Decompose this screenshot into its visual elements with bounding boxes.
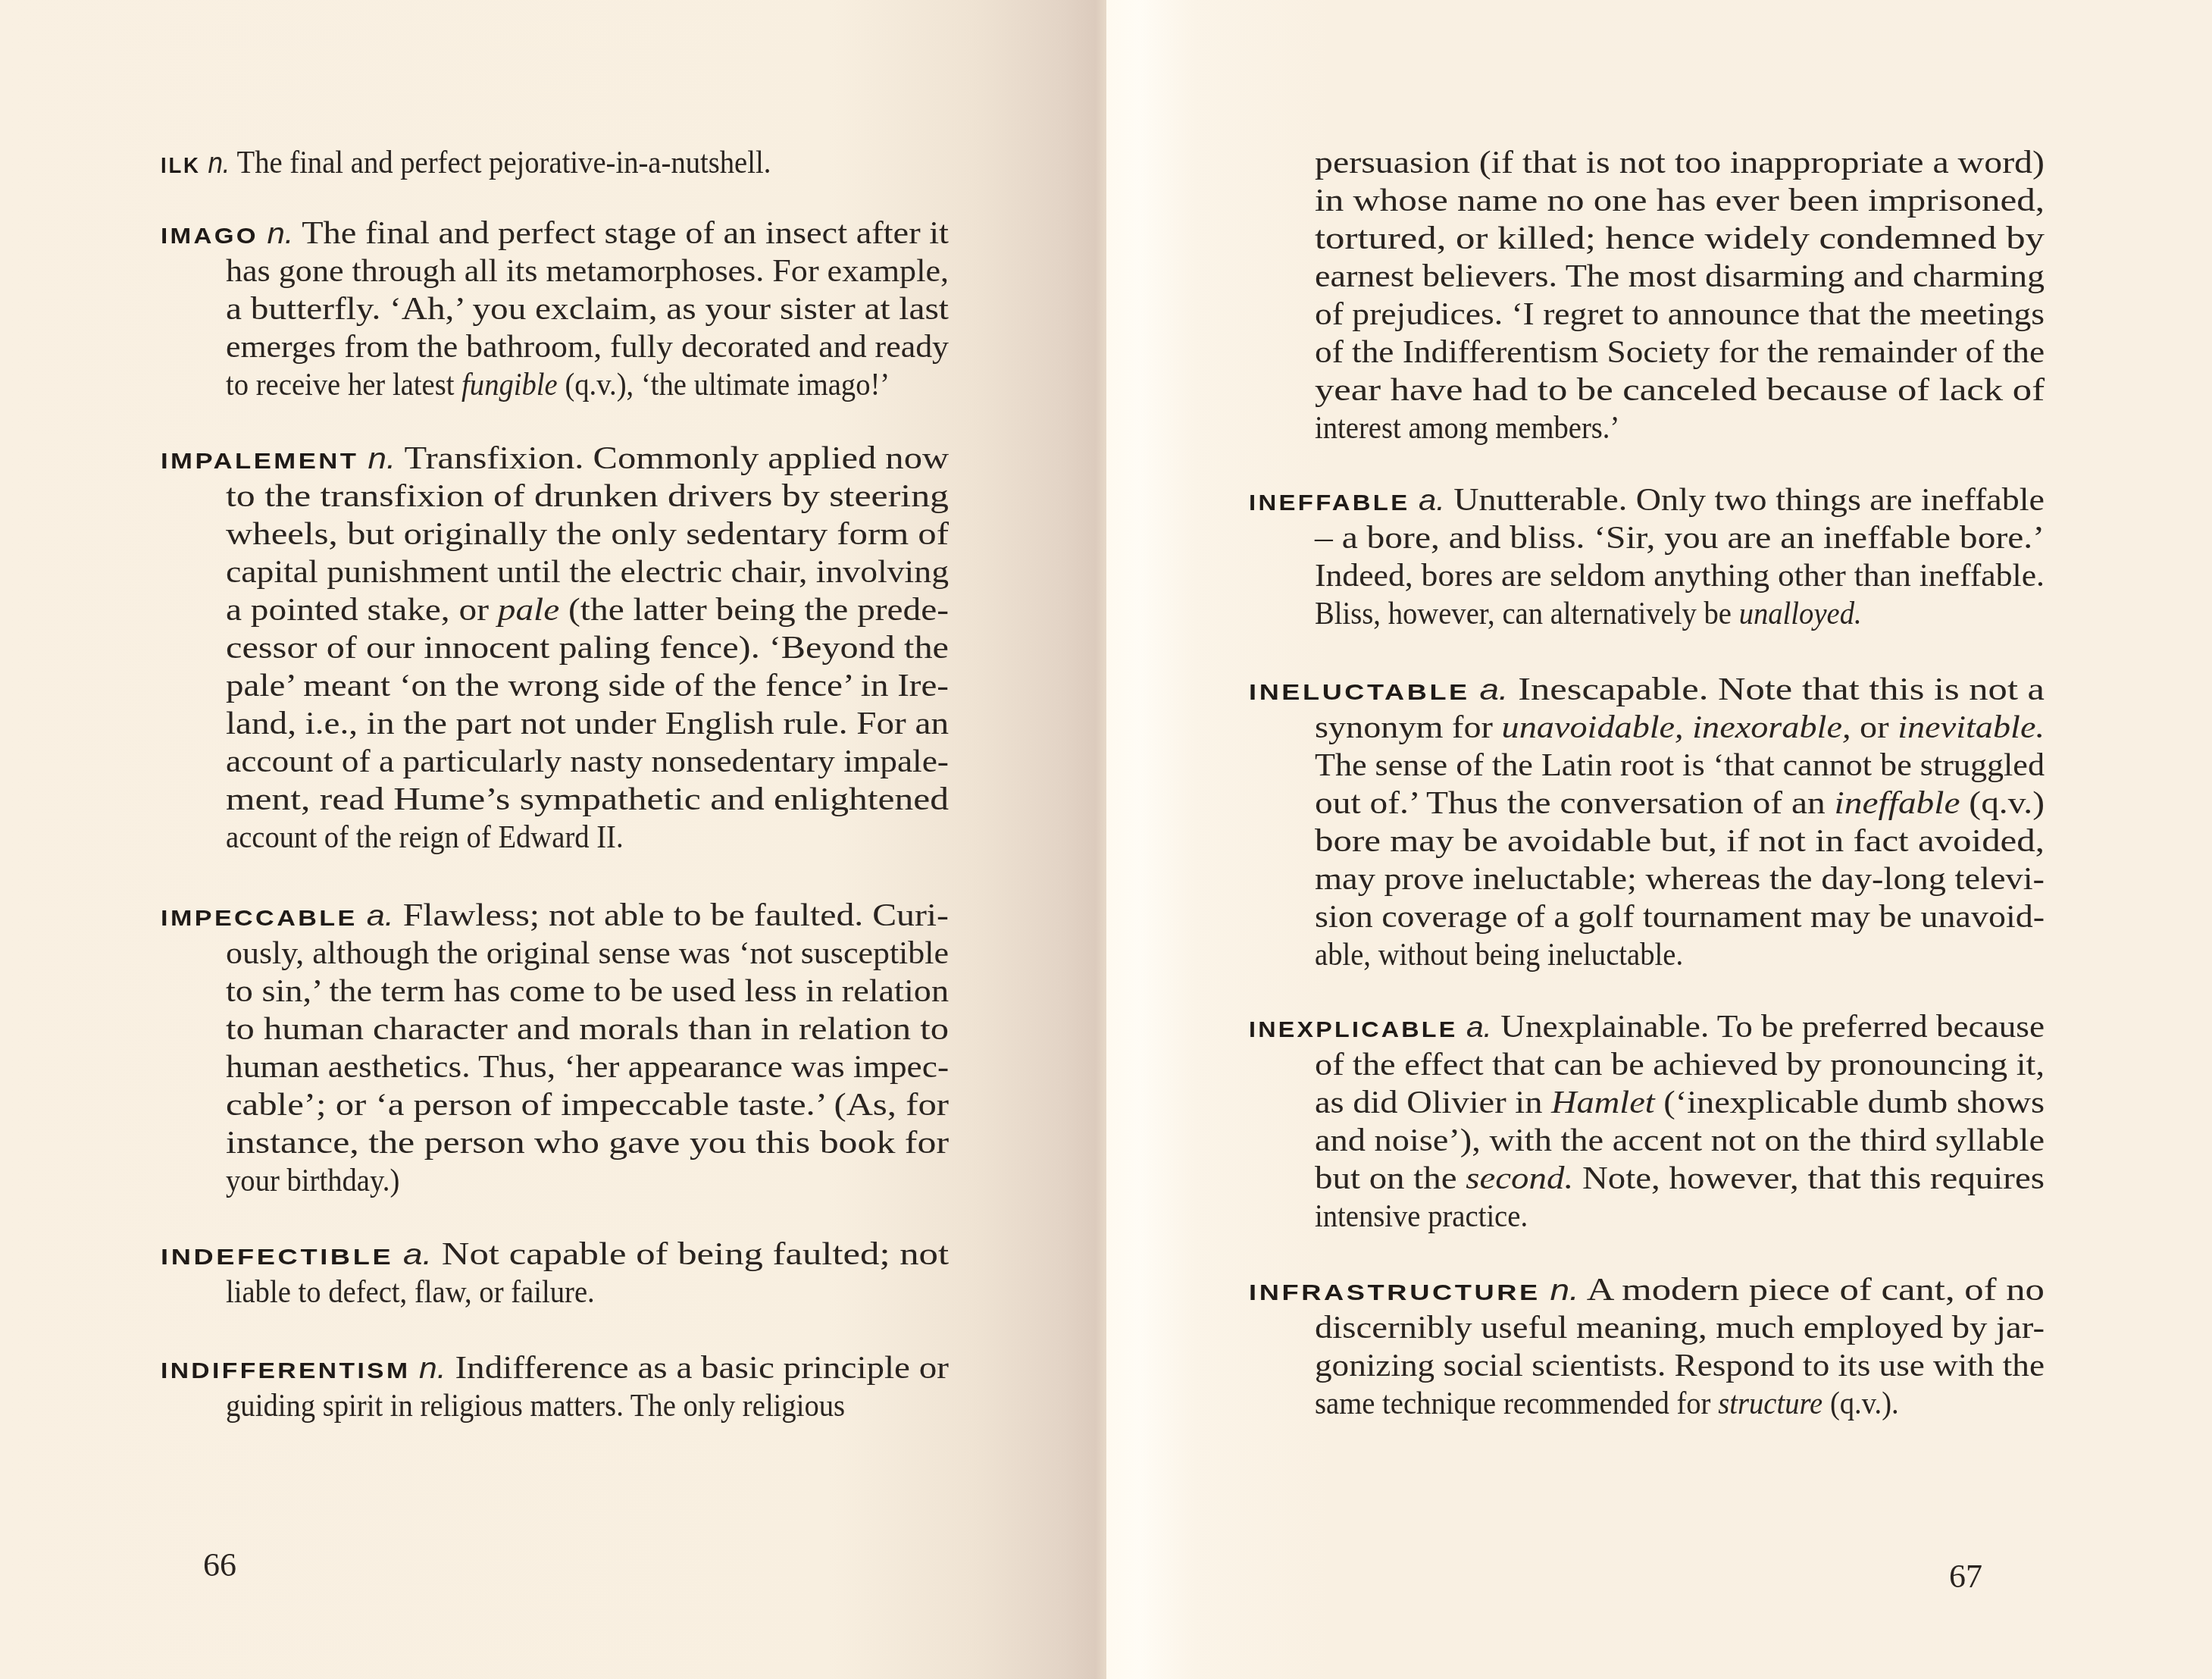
italic-term: ineffable (1835, 786, 1960, 821)
italic-term: inevitable. (1898, 710, 2045, 745)
body-text: discernibly useful meaning, much employe… (1315, 1311, 2045, 1345)
entry-line: ously, although the original sense was ‘… (226, 935, 917, 973)
body-text: instance, the person who gave you this b… (226, 1126, 949, 1161)
left-page: 66 ILK n. The final and perfect pejorati… (0, 0, 1106, 1679)
body-text: and noise’), with the accent not on the … (1315, 1123, 2045, 1158)
body-text: able, without being ineluctable. (1315, 938, 1683, 973)
body-text: account of a particularly nasty nonseden… (226, 744, 949, 779)
part-of-speech: n. (419, 1353, 446, 1385)
part-of-speech: a. (367, 901, 394, 932)
entry-line: synonym for unavoidable, inexorable, or … (1315, 709, 1978, 747)
part-of-speech: n. (1550, 1275, 1579, 1307)
body-text: to sin,’ the term has come to be used le… (226, 974, 949, 1009)
entry-line: ment, read Hume’s sympathetic and enligh… (226, 781, 839, 819)
entry-line: same technique recommended for structure… (1315, 1385, 1950, 1423)
body-text: Indeed, bores are seldom anything other … (1315, 559, 2045, 594)
entry-line: liable to defect, flaw, or failure. (226, 1273, 627, 1311)
body-text: guiding spirit in religious matters. The… (226, 1389, 845, 1424)
body-text: but on the (1315, 1161, 1466, 1196)
body-text: interest among members.’ (1315, 411, 1619, 446)
body-text: Unexplainable. To be preferred because (1500, 1010, 2045, 1045)
body-text: pale’ meant ‘on the wrong side of the fe… (226, 669, 949, 703)
italic-term: unavoidable, inexorable, (1502, 710, 1851, 745)
headword: INDIFFERENTISM (161, 1358, 410, 1383)
entry-line: gonizing social scientists. Respond to i… (1315, 1347, 1993, 1385)
entry-line: to sin,’ the term has come to be used le… (226, 973, 883, 1010)
part-of-speech: n. (267, 218, 293, 250)
body-text: Flawless; not able to be faulted. Curi- (403, 898, 949, 933)
part-of-speech: a. (1466, 1012, 1492, 1044)
italic-term: Hamlet (1551, 1085, 1655, 1120)
body-text: Bliss, however, can alternatively be (1315, 597, 1739, 631)
body-text: your birthday.) (226, 1164, 399, 1198)
entry-line: to the transfixion of drunken drivers by… (226, 478, 835, 515)
entry-line: intensive practice. (1315, 1198, 1547, 1236)
body-text: persuasion (if that is not too inappropr… (1315, 146, 2045, 180)
body-text: – a bore, and bliss. ‘Sir, you are an in… (1315, 521, 2045, 556)
continuation-line: year have had to be canceled because of … (1315, 371, 1920, 409)
headword: ILK (161, 153, 201, 178)
body-text: Indifference as a basic principle or (455, 1351, 949, 1386)
body-text: bore may be avoidable but, if not in fac… (1315, 824, 2045, 859)
page-number-right: 67 (1949, 1558, 1982, 1596)
entry-first-line: INDEFECTIBLE a. Not capable of being fau… (161, 1236, 813, 1273)
entry-line: human aesthetics. Thus, ‘her appearance … (226, 1048, 895, 1086)
italic-term: second. (1466, 1161, 1573, 1196)
body-text: (q.v.), ‘the ultimate imago!’ (558, 368, 890, 403)
body-text: liable to defect, flaw, or failure. (226, 1275, 595, 1310)
entry-first-line: IMAGO n. The final and perfect stage of … (161, 215, 874, 252)
body-text: synonym for (1315, 710, 1502, 745)
continuation-line: of the Indifferentism Society for the re… (1315, 334, 1991, 371)
body-text: ously, although the original sense was ‘… (226, 936, 949, 971)
entry-line: Bliss, however, can alternatively be una… (1315, 595, 1909, 633)
entry-first-line: INELUCTABLE a. Inescapable. Note that th… (1249, 671, 1910, 709)
body-text: a butterfly. ‘Ah,’ you exclaim, as your … (226, 292, 949, 327)
entry-line: emerges from the bathroom, fully decorat… (226, 328, 918, 366)
body-text: to the transfixion of drunken drivers by… (226, 479, 949, 514)
body-text: tortured, or killed; hence widely condem… (1315, 221, 2045, 256)
body-text: cessor of our innocent paling fence). ‘B… (226, 631, 949, 666)
entry-first-line: ILK n. The final and perfect pejorative-… (161, 144, 824, 182)
body-text: of the Indifferentism Society for the re… (1315, 335, 2045, 370)
entry-line: bore may be avoidable but, if not in fac… (1315, 822, 1941, 860)
body-text: cable’; or ‘a person of impeccable taste… (226, 1088, 949, 1123)
body-text: as did Olivier in (1315, 1085, 1551, 1120)
entry-line: but on the second. Note, however, that t… (1315, 1160, 1969, 1198)
body-text: gonizing social scientists. Respond to i… (1315, 1349, 2045, 1383)
body-text: has gone through all its metamorphoses. … (226, 254, 949, 289)
entry-line: sion coverage of a golf tournament may b… (1315, 898, 1981, 936)
body-text: account of the reign of Edward II. (226, 820, 624, 855)
entry-line: out of.’ Thus the conversation of an ine… (1315, 785, 1961, 822)
entry-line: of the effect that can be achieved by pr… (1315, 1046, 1977, 1084)
right-page: 67 persuasion (if that is not too inappr… (1106, 0, 2212, 1679)
entry-line: may prove ineluctable; whereas the day-l… (1315, 860, 1976, 898)
body-text: out of.’ Thus the conversation of an (1315, 786, 1835, 821)
entry-line: account of a particularly nasty nonseden… (226, 743, 894, 781)
body-text: in whose name no one has ever been impri… (1315, 183, 2045, 218)
entry-line: a pointed stake, or pale (the latter bei… (226, 591, 868, 629)
body-text: Not capable of being faulted; not (442, 1237, 949, 1272)
entry-first-line: IMPALEMENT n. Transfixion. Commonly appl… (161, 440, 843, 478)
body-text: to human character and morals than in re… (226, 1012, 949, 1047)
entry-first-line: INEFFABLE a. Unutterable. Only two thing… (1249, 481, 1974, 519)
italic-term: unalloyed. (1739, 597, 1862, 631)
entry-line: guiding spirit in religious matters. The… (226, 1387, 899, 1425)
continuation-line: of prejudices. ‘I regret to announce tha… (1315, 296, 1988, 334)
entry-line: your birthday.) (226, 1162, 415, 1200)
entry-line: pale’ meant ‘on the wrong side of the fe… (226, 667, 871, 705)
headword: INFRASTRUCTURE (1249, 1280, 1541, 1305)
book-spread: 66 ILK n. The final and perfect pejorati… (0, 0, 2212, 1679)
entry-line: a butterfly. ‘Ah,’ you exclaim, as your … (226, 290, 868, 328)
body-text: may prove ineluctable; whereas the day-l… (1315, 862, 2045, 897)
entry-first-line: IMPECCABLE a. Flawless; not able to be f… (161, 897, 853, 935)
entry-first-line: INFRASTRUCTURE n. A modern piece of cant… (1249, 1271, 1907, 1309)
body-text: Inescapable. Note that this is not a (1518, 672, 2045, 707)
body-text: The final and perfect stage of an insect… (302, 216, 949, 251)
entry-line: and noise’), with the accent not on the … (1315, 1122, 1976, 1160)
body-text: The final and perfect pejorative-in-a-nu… (237, 146, 771, 180)
entry-line: to receive her latest fungible (q.v.), ‘… (226, 366, 947, 404)
body-text: same technique recommended for (1315, 1386, 1718, 1421)
continuation-line: tortured, or killed; hence widely condem… (1315, 220, 1919, 258)
headword: IMPECCABLE (161, 906, 358, 931)
continuation-line: persuasion (if that is not too inappropr… (1315, 144, 1954, 182)
headword: INDEFECTIBLE (161, 1245, 393, 1270)
body-text: capital punishment until the electric ch… (226, 555, 949, 590)
body-text: sion coverage of a golf tournament may b… (1315, 900, 2045, 935)
entry-first-line: INDIFFERENTISM n. Indifference as a basi… (161, 1349, 863, 1387)
body-text: intensive practice. (1315, 1199, 1528, 1234)
body-text: Transfixion. Commonly applied now (404, 441, 949, 476)
entry-line: to human character and morals than in re… (226, 1010, 852, 1048)
body-text: emerges from the bathroom, fully decorat… (226, 330, 949, 365)
entry-line: account of the reign of Edward II. (226, 819, 658, 857)
continuation-line: interest among members.’ (1315, 409, 1646, 447)
entry-line: The sense of the Latin root is ‘that can… (1315, 747, 2010, 785)
part-of-speech: n. (368, 443, 396, 475)
continuation-line: earnest believers. The most disarming an… (1315, 258, 1979, 296)
body-text: of prejudices. ‘I regret to announce tha… (1315, 297, 2045, 332)
entry-line: able, without being ineluctable. (1315, 936, 1715, 974)
headword: INEXPLICABLE (1249, 1017, 1458, 1042)
body-text: (‘inexplicable dumb shows (1655, 1085, 2045, 1120)
entry-line: has gone through all its metamorphoses. … (226, 252, 915, 290)
headword: IMPALEMENT (161, 449, 358, 474)
entry-line: instance, the person who gave you this b… (226, 1124, 835, 1162)
body-text: The sense of the Latin root is ‘that can… (1315, 748, 2045, 783)
body-text: A modern piece of cant, of no (1587, 1273, 2045, 1308)
body-text: land, i.e., in the part not under Englis… (226, 706, 949, 741)
entry-line: land, i.e., in the part not under Englis… (226, 705, 870, 743)
headword: INELUCTABLE (1249, 680, 1470, 705)
italic-term: structure (1718, 1386, 1822, 1421)
entry-line: wheels, but originally the only sedentar… (226, 515, 848, 553)
entry-first-line: INEXPLICABLE a. Unexplainable. To be pre… (1249, 1008, 1988, 1046)
entry-line: Indeed, bores are seldom anything other … (1315, 557, 2016, 595)
body-text: Note, however, that this requires (1573, 1161, 2045, 1196)
body-text: Unutterable. Only two things are ineffab… (1453, 483, 2045, 518)
italic-term: fungible (461, 368, 558, 403)
body-text: human aesthetics. Thus, ‘her appearance … (226, 1050, 949, 1085)
body-text: ment, read Hume’s sympathetic and enligh… (226, 782, 949, 817)
body-text: earnest believers. The most disarming an… (1315, 259, 2045, 294)
part-of-speech: a. (1479, 675, 1508, 706)
body-text: (q.v.) (1960, 786, 2045, 821)
headword: IMAGO (161, 224, 258, 249)
page-number-left: 66 (203, 1546, 236, 1584)
body-text: (q.v.). (1822, 1386, 1899, 1421)
entry-line: – a bore, and bliss. ‘Sir, you are an in… (1315, 519, 1960, 557)
continuation-line: in whose name no one has ever been impri… (1315, 182, 1940, 220)
headword: INEFFABLE (1249, 490, 1409, 515)
entry-line: cessor of our innocent paling fence). ‘B… (226, 629, 855, 667)
body-text: a pointed stake, or (226, 593, 498, 628)
body-text: wheels, but originally the only sedentar… (226, 517, 949, 552)
entry-line: capital punishment until the electric ch… (226, 553, 890, 591)
part-of-speech: n. (208, 148, 230, 180)
part-of-speech: a. (1419, 485, 1445, 517)
body-text: to receive her latest (226, 368, 461, 403)
entry-line: cable’; or ‘a person of impeccable taste… (226, 1086, 849, 1124)
body-text: (the latter being the prede- (559, 593, 949, 628)
entry-line: discernibly useful meaning, much employe… (1315, 1309, 1971, 1347)
body-text: or (1851, 710, 1898, 745)
body-text: year have had to be canceled because of … (1315, 373, 2045, 408)
entry-line: as did Olivier in Hamlet (‘inexplicable … (1315, 1084, 1975, 1122)
body-text: of the effect that can be achieved by pr… (1315, 1048, 2045, 1082)
italic-term: pale (498, 593, 559, 628)
part-of-speech: a. (403, 1239, 432, 1271)
